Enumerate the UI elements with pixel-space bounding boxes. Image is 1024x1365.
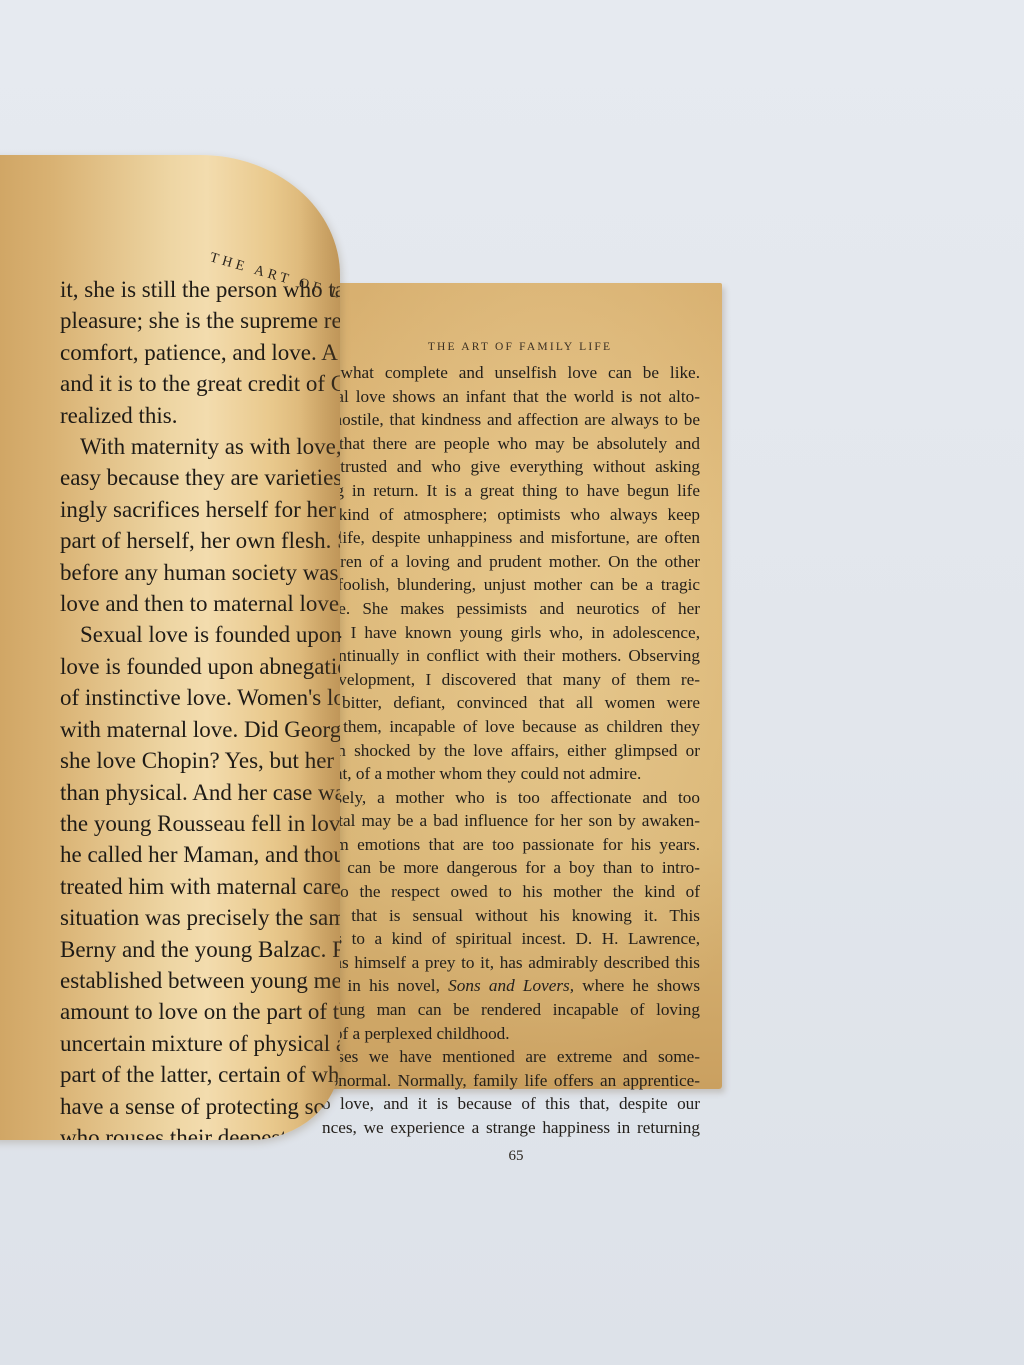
book-title-italic: Sons and Lovers, xyxy=(448,976,574,995)
text-line: love is founded upon abnegation, and xyxy=(60,651,340,682)
text-line: continually in conflict with their mothe… xyxy=(322,644,700,668)
text-fragment: on in his novel, xyxy=(322,976,448,995)
text-line: young man can be rendered incapable of l… xyxy=(322,998,700,1022)
text-line: ing in return. It is a great thing to ha… xyxy=(322,479,700,503)
right-page: THE ART OF FAMILY LIFE e what complete a… xyxy=(300,283,722,1089)
left-page-curled: THE ART OF LIV it, she is still the pers… xyxy=(0,155,340,1140)
text-line: en. I have known young girls who, in ado… xyxy=(322,621,700,645)
text-line: e what complete and unselfish love can b… xyxy=(322,361,700,385)
text-line: into the respect owed to his mother the … xyxy=(322,880,700,904)
text-line: ingly sacrifices herself for her infant … xyxy=(60,494,340,525)
text-line: have a sense of protecting someone w xyxy=(60,1091,340,1122)
text-line: nce. She makes pessimists and neurotics … xyxy=(322,597,700,621)
text-fragment: where he shows xyxy=(574,976,700,995)
text-line: ental may be a bad influence for her son… xyxy=(322,809,700,833)
text-line: part of the latter, certain of whom xyxy=(60,1059,340,1090)
text-line: ildren of a loving and prudent mother. O… xyxy=(322,550,700,574)
text-line: amount to love on the part of the f xyxy=(60,996,340,1027)
text-line: established between young men and xyxy=(60,965,340,996)
text-line: r hostile, that kindness and affection a… xyxy=(322,408,700,432)
text-line: and it is to the great credit of C xyxy=(60,368,340,399)
text-line: love and then to maternal love, the xyxy=(60,588,340,619)
text-line: cases we have mentioned are extreme and … xyxy=(322,1045,700,1069)
text-line: with maternal love. Did George Sand xyxy=(60,714,340,745)
text-line: y trusted and who give everything withou… xyxy=(322,455,700,479)
page-number-right: 65 xyxy=(332,1148,700,1165)
text-line: he called her Maman, and though she xyxy=(60,839,340,870)
text-line: on that is sensual without his knowing i… xyxy=(322,904,700,928)
text-line: With maternity as with love, devo xyxy=(60,431,340,462)
text-line: nts to a kind of spiritual incest. D. H.… xyxy=(322,927,700,951)
left-page-text-block: THE ART OF LIV it, she is still the pers… xyxy=(60,250,340,1140)
text-line: ersely, a mother who is too affectionate… xyxy=(322,786,700,810)
text-line: realized this. xyxy=(60,400,340,431)
text-line: o love, and it is because of this that, … xyxy=(322,1092,700,1116)
text-line: d bitter, defiant, convinced that all wo… xyxy=(322,691,700,715)
text-line: before any human society was possi xyxy=(60,557,340,588)
text-line: part of herself, her own flesh. Savage xyxy=(60,525,340,556)
text-line: she love Chopin? Yes, but her love xyxy=(60,745,340,776)
text-line: uncertain mixture of physical and xyxy=(60,1028,340,1059)
text-line: than physical. And her case was not xyxy=(60,777,340,808)
text-line: of instinctive love. Women's love for xyxy=(60,682,340,713)
running-head-right: THE ART OF FAMILY LIFE xyxy=(340,341,700,353)
text-line: abnormal. Normally, family life offers a… xyxy=(322,1069,700,1093)
text-line: rnal love shows an infant that the world… xyxy=(322,385,700,409)
text-line: him emotions that are too passionate for… xyxy=(322,833,700,857)
text-line: n life, despite unhappiness and misfortu… xyxy=(322,526,700,550)
text-line: to them, incapable of love because as ch… xyxy=(322,715,700,739)
text-line: pleasure; she is the supreme refuge, xyxy=(60,305,340,336)
text-line: nces, we experience a strange happiness … xyxy=(322,1116,700,1140)
text-line: easy because they are varieties of eg xyxy=(60,462,340,493)
text-line: development, I discovered that many of t… xyxy=(322,668,700,692)
text-line: Berny and the young Balzac. Relatio xyxy=(60,934,340,965)
text-line: who rouses their deepest instincts. A xyxy=(60,1122,340,1140)
text-line: e of a perplexed childhood. xyxy=(322,1022,700,1046)
text-line: d at, of a mother whom they could not ad… xyxy=(322,762,700,786)
text-line: ng can be more dangerous for a boy than … xyxy=(322,856,700,880)
text-line: treated him with maternal care and xyxy=(60,871,340,902)
text-line: l, that there are people who may be abso… xyxy=(322,432,700,456)
text-line-with-title: on in his novel, Sons and Lovers, where … xyxy=(322,974,700,998)
text-line: comfort, patience, and love. A mother xyxy=(60,337,340,368)
text-line: situation was precisely the same be xyxy=(60,902,340,933)
text-line: een shocked by the love affairs, either … xyxy=(322,739,700,763)
text-line: the young Rousseau fell in love with xyxy=(60,808,340,839)
right-page-text-block: THE ART OF FAMILY LIFE e what complete a… xyxy=(322,341,700,1165)
text-line: s kind of atmosphere; optimists who alwa… xyxy=(322,503,700,527)
photo-scene: THE ART OF FAMILY LIFE e what complete a… xyxy=(0,0,1024,1365)
text-line: was himself a prey to it, has admirably … xyxy=(322,951,700,975)
text-line: a foolish, blundering, unjust mother can… xyxy=(322,573,700,597)
text-line: Sexual love is founded upon phys xyxy=(60,619,340,650)
